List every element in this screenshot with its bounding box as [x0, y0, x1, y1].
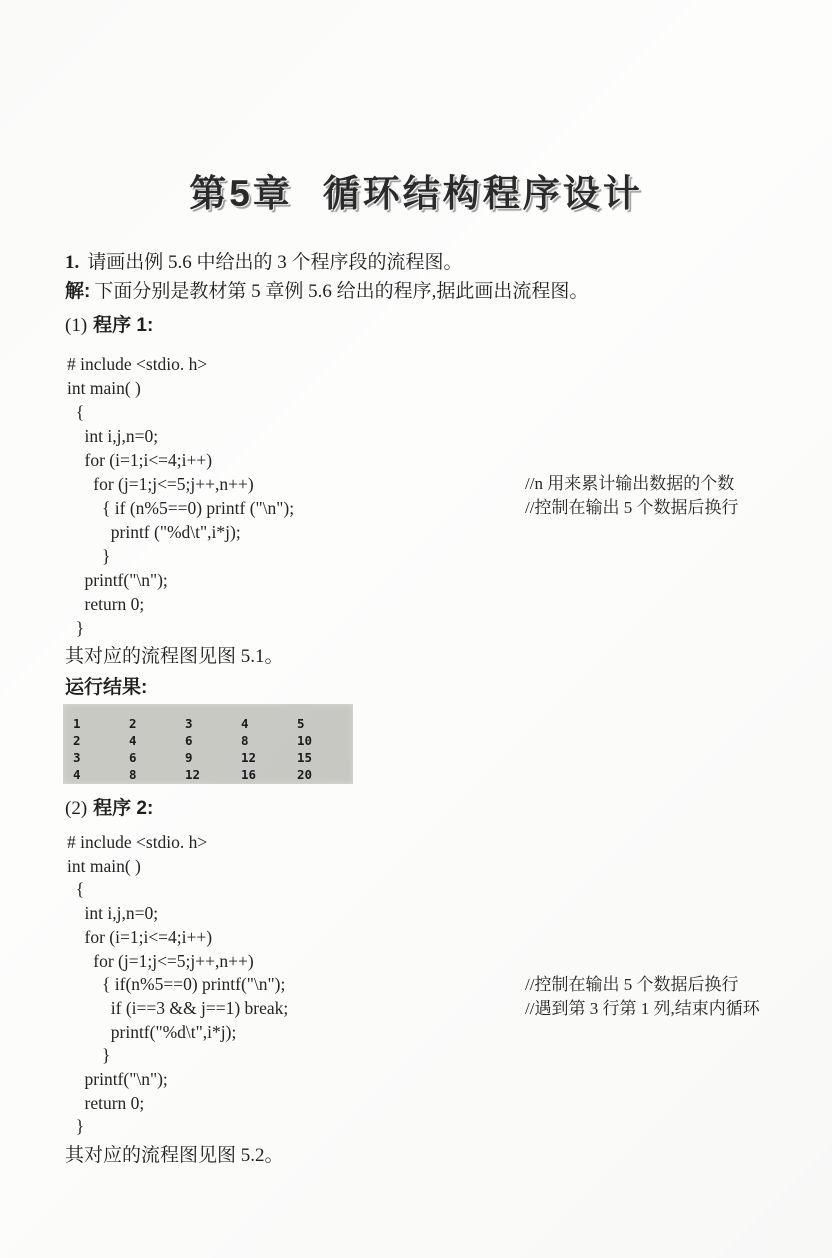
code-line: return 0;: [67, 1092, 812, 1116]
console-cell: 1: [73, 715, 129, 732]
console-cell: 4: [129, 732, 185, 749]
chapter-title: 第5章循环结构程序设计: [0, 163, 832, 217]
console-cell: 8: [129, 766, 185, 783]
code-text: # include <stdio. h>: [67, 832, 207, 852]
solution-label: 解:: [65, 281, 90, 302]
figure-note-5-2: 其对应的流程图见图 5.2。: [65, 1140, 284, 1167]
console-cell: 4: [73, 766, 129, 783]
code-line: # include <stdio. h>: [67, 831, 812, 855]
code-line: { if(n%5==0) printf("\n");//控制在输出 5 个数据后…: [67, 973, 812, 997]
code-text: int i,j,n=0;: [67, 426, 158, 446]
code-text: return 0;: [67, 1093, 144, 1113]
code-text: }: [67, 546, 110, 566]
code-text: # include <stdio. h>: [67, 354, 207, 374]
code-line: }: [67, 1044, 812, 1068]
code-text: printf("%d\t",i*j);: [67, 1022, 236, 1042]
code-line: }: [67, 616, 812, 640]
console-cell: 16: [241, 766, 297, 783]
program2-heading: (2)程序 2:: [65, 793, 153, 820]
console-cell: 10: [297, 732, 353, 749]
code-text: }: [67, 618, 84, 638]
code-line: int i,j,n=0;: [67, 902, 812, 926]
code-comment: //控制在输出 5 个数据后换行: [525, 496, 738, 520]
console-cell: 15: [297, 749, 353, 766]
program1-heading: (1)程序 1:: [65, 310, 153, 337]
console-cell: 3: [185, 715, 241, 732]
code-text: int main( ): [67, 856, 141, 876]
code-text: printf ("%d\t",i*j);: [67, 522, 241, 542]
code-line: printf("\n");: [67, 568, 812, 592]
code-line: int main( ): [67, 855, 812, 879]
code-line: }: [67, 1115, 812, 1139]
code-text: { if(n%5==0) printf("\n");: [67, 974, 285, 994]
code-comment: //n 用来累计输出数据的个数: [525, 472, 734, 496]
code-text: return 0;: [67, 594, 144, 614]
question-number: 1.: [65, 252, 79, 273]
code-line: return 0;: [67, 592, 812, 616]
console-output-box: 12345 246810 3691215 48121620: [63, 704, 353, 784]
code-line: if (i==3 && j==1) break;//遇到第 3 行第 1 列,结…: [67, 997, 812, 1021]
console-row: 12345: [73, 715, 353, 732]
code-line: for (i=1;i<=4;i++): [67, 448, 812, 472]
code-line: int i,j,n=0;: [67, 424, 812, 448]
code-text: int main( ): [67, 378, 141, 398]
code-text: }: [67, 1045, 110, 1065]
console-cell: 4: [241, 715, 297, 732]
code-line: # include <stdio. h>: [67, 352, 812, 376]
code-text: printf("\n");: [67, 1069, 168, 1089]
code-text: for (j=1;j<=5;j++,n++): [67, 474, 254, 494]
code-text: for (j=1;j<=5;j++,n++): [67, 951, 254, 971]
code-text: if (i==3 && j==1) break;: [67, 998, 288, 1018]
console-cell: 6: [129, 749, 185, 766]
code-text: {: [67, 402, 84, 422]
program2-heading-label: 程序 2:: [93, 798, 153, 819]
result-label: 运行结果:: [65, 672, 147, 699]
console-cell: 6: [185, 732, 241, 749]
chapter-number: 第5章: [189, 173, 293, 214]
program1-heading-paren: (1): [65, 315, 87, 336]
code-line: {: [67, 878, 812, 902]
code-text: {: [67, 879, 84, 899]
code-comment: //控制在输出 5 个数据后换行: [525, 973, 738, 997]
figure-note-5-1: 其对应的流程图见图 5.1。: [65, 641, 284, 668]
solution-text: 下面分别是教材第 5 章例 5.6 给出的程序,据此画出流程图。: [94, 281, 588, 302]
console-row: 246810: [73, 732, 353, 749]
code-line: for (j=1;j<=5;j++,n++)//n 用来累计输出数据的个数: [67, 472, 812, 496]
code-line: printf("\n");: [67, 1068, 812, 1092]
program1-code-block: # include <stdio. h> int main( ) { int i…: [67, 352, 812, 640]
question-paragraph: 1.请画出例 5.6 中给出的 3 个程序段的流程图。: [65, 251, 463, 275]
console-cell: 5: [297, 715, 353, 732]
program1-heading-label: 程序 1:: [93, 315, 153, 336]
code-line: for (i=1;i<=4;i++): [67, 926, 812, 950]
program2-heading-paren: (2): [65, 798, 87, 819]
code-text: { if (n%5==0) printf ("\n");: [67, 498, 294, 518]
code-line: {: [67, 400, 812, 424]
console-cell: 12: [241, 749, 297, 766]
textbook-page: 第5章循环结构程序设计 1.请画出例 5.6 中给出的 3 个程序段的流程图。 …: [0, 0, 832, 1258]
code-comment: //遇到第 3 行第 1 列,结束内循环: [525, 997, 760, 1021]
console-cell: 20: [297, 766, 353, 783]
code-line: { if (n%5==0) printf ("\n");//控制在输出 5 个数…: [67, 496, 812, 520]
code-text: }: [67, 1116, 84, 1136]
chapter-name: 循环结构程序设计: [323, 173, 643, 214]
solution-paragraph: 解:下面分别是教材第 5 章例 5.6 给出的程序,据此画出流程图。: [65, 280, 588, 304]
code-line: printf ("%d\t",i*j);: [67, 520, 812, 544]
console-row: 3691215: [73, 749, 353, 766]
code-line: for (j=1;j<=5;j++,n++): [67, 950, 812, 974]
code-text: for (i=1;i<=4;i++): [67, 450, 212, 470]
console-cell: 2: [73, 732, 129, 749]
code-text: for (i=1;i<=4;i++): [67, 927, 212, 947]
console-cell: 12: [185, 766, 241, 783]
console-cell: 8: [241, 732, 297, 749]
code-line: }: [67, 544, 812, 568]
code-line: int main( ): [67, 376, 812, 400]
code-text: printf("\n");: [67, 570, 168, 590]
console-cell: 3: [73, 749, 129, 766]
console-cell: 2: [129, 715, 185, 732]
console-cell: 9: [185, 749, 241, 766]
question-text: 请画出例 5.6 中给出的 3 个程序段的流程图。: [87, 252, 462, 273]
code-text: int i,j,n=0;: [67, 903, 158, 923]
code-line: printf("%d\t",i*j);: [67, 1021, 812, 1045]
console-row: 48121620: [73, 766, 353, 783]
program2-code-block: # include <stdio. h> int main( ) { int i…: [67, 831, 812, 1139]
